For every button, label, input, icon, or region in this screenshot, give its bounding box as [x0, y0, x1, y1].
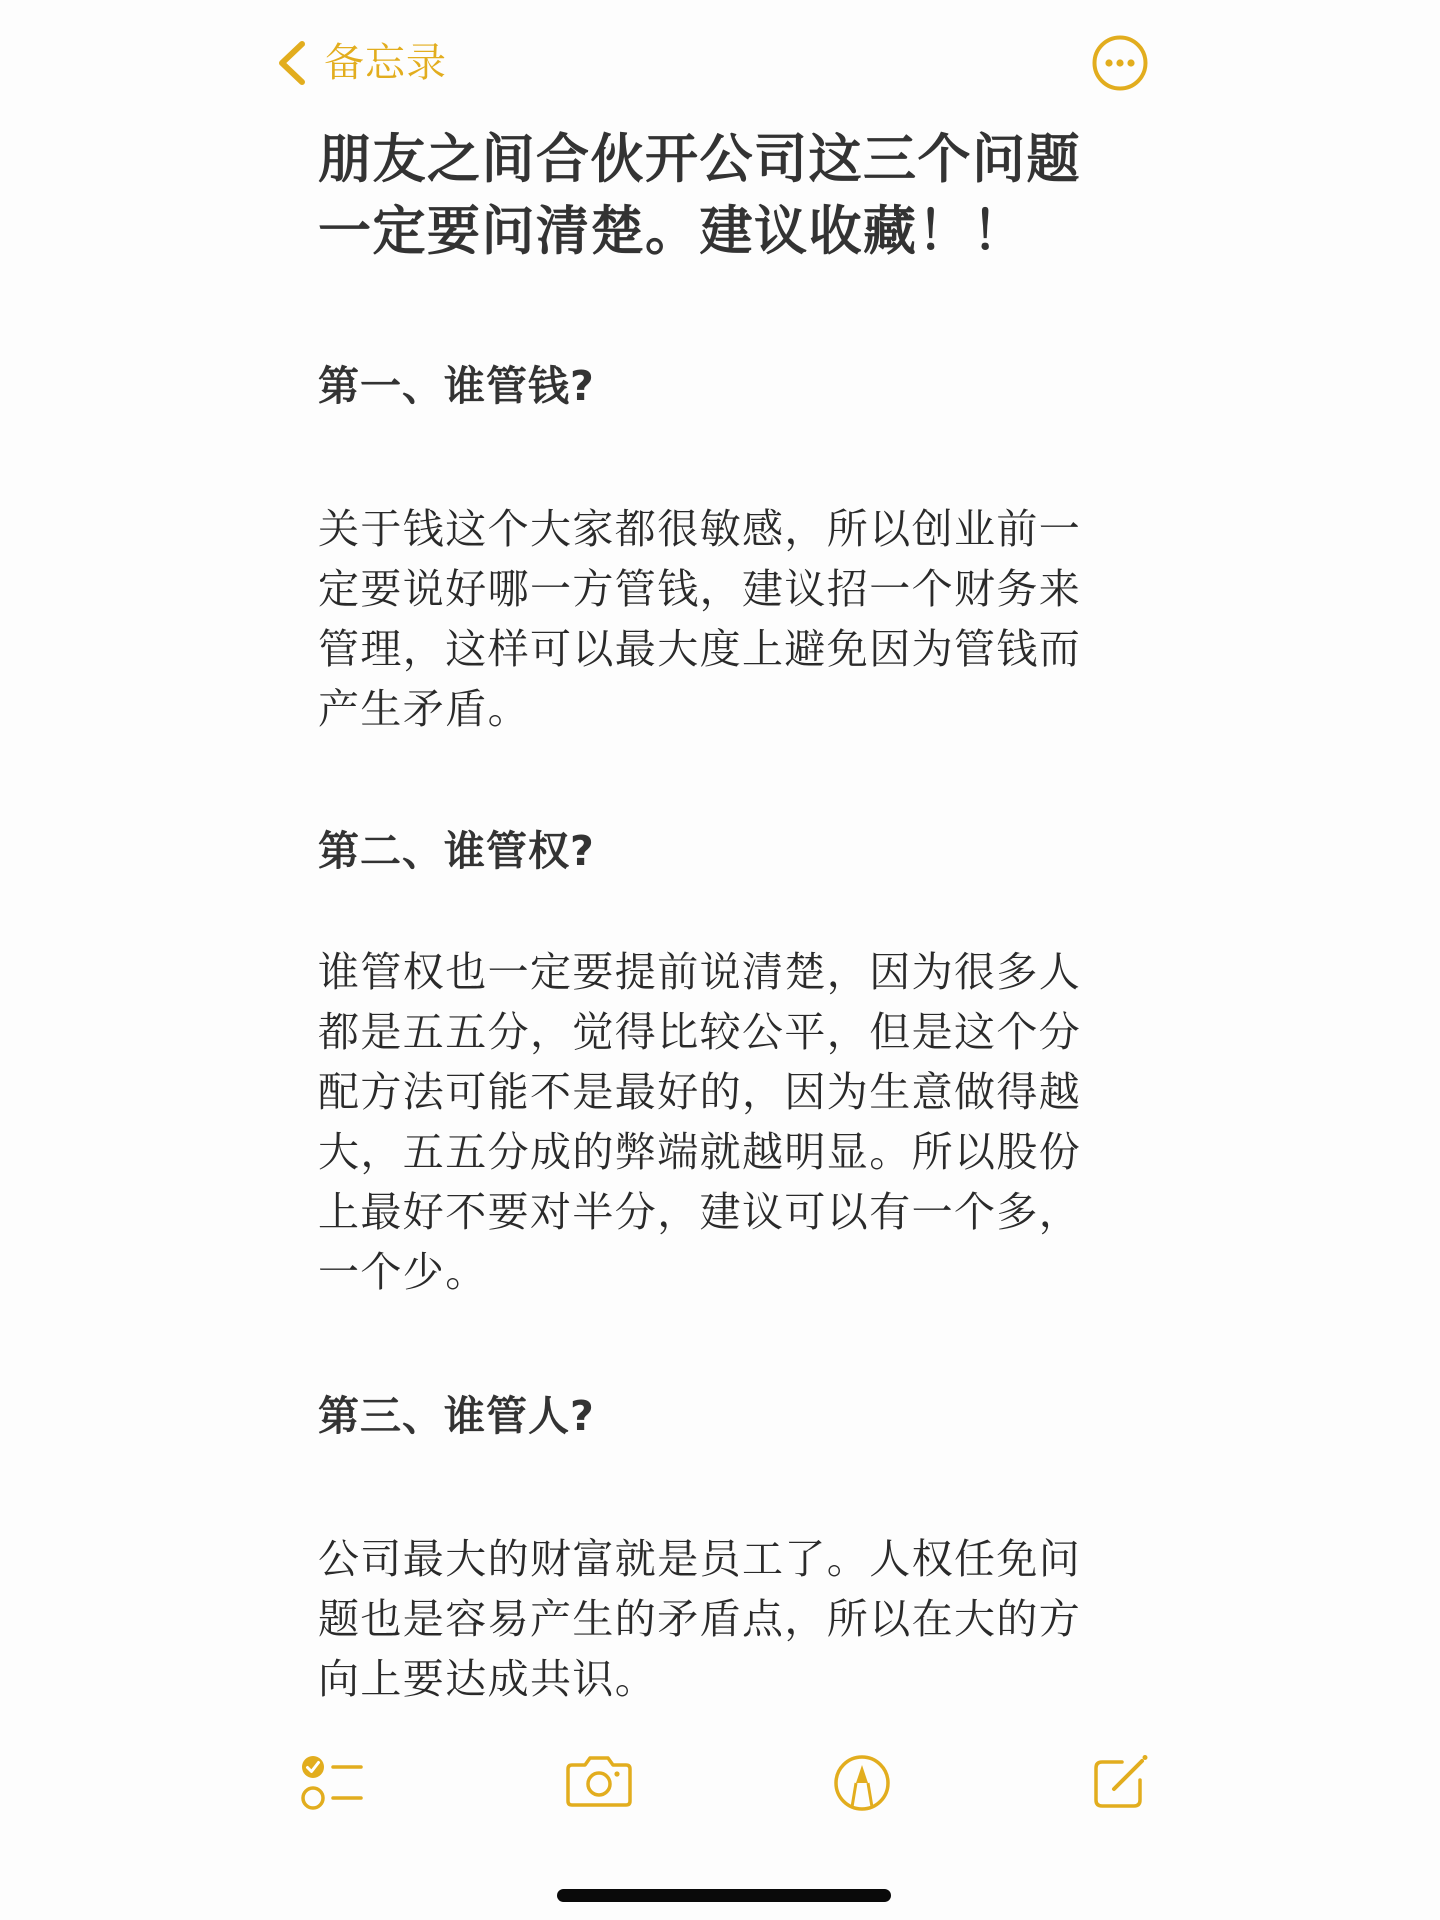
paragraph-line: 谁管权也一定要提前说清楚，因为很多人: [318, 942, 1138, 1002]
title-line: 朋友之间合伙开公司这三个问题: [318, 124, 1138, 196]
back-label: 备忘录: [324, 30, 447, 96]
section-paragraph: 公司最大的财富就是员工了。人权任免问 题也是容易产生的矛盾点，所以在大的方 向上…: [318, 1529, 1138, 1709]
more-button[interactable]: [1091, 34, 1149, 92]
markup-button[interactable]: [833, 1754, 891, 1812]
paragraph-line: 管理，这样可以最大度上避免因为管钱而: [318, 619, 1138, 679]
paragraph-line: 关于钱这个大家都很敏感，所以创业前一: [318, 499, 1138, 559]
paragraph-line: 大，五五分成的弊端就越明显。所以股份: [318, 1122, 1138, 1182]
section-heading: 第三、谁管人?: [318, 1388, 1118, 1444]
checklist-button[interactable]: [298, 1752, 368, 1814]
paragraph-line: 都是五五分，觉得比较公平，但是这个分: [318, 1002, 1138, 1062]
home-indicator[interactable]: [557, 1889, 891, 1902]
paragraph-line: 定要说好哪一方管钱，建议招一个财务来: [318, 559, 1138, 619]
paragraph-line: 公司最大的财富就是员工了。人权任免问: [318, 1529, 1138, 1589]
paragraph-line: 产生矛盾。: [318, 679, 1138, 739]
paragraph-line: 题也是容易产生的矛盾点，所以在大的方: [318, 1589, 1138, 1649]
camera-button[interactable]: [564, 1753, 634, 1809]
chevron-left-icon: [272, 38, 306, 88]
compose-icon: [1092, 1752, 1150, 1810]
section-paragraph: 谁管权也一定要提前说清楚，因为很多人 都是五五分，觉得比较公平，但是这个分 配方…: [318, 942, 1138, 1302]
paragraph-line: 一个少。: [318, 1242, 1138, 1302]
paragraph-line: 上最好不要对半分，建议可以有一个多，: [318, 1182, 1138, 1242]
markup-pen-icon: [833, 1754, 891, 1812]
ellipsis-circle-icon: [1091, 34, 1149, 92]
section-heading: 第一、谁管钱?: [318, 358, 1118, 414]
section-paragraph: 关于钱这个大家都很敏感，所以创业前一 定要说好哪一方管钱，建议招一个财务来 管理…: [318, 499, 1138, 739]
title-line: 一定要问清楚。建议收藏！！: [318, 196, 1138, 268]
camera-icon: [564, 1753, 634, 1809]
checklist-icon: [298, 1752, 368, 1814]
paragraph-line: 向上要达成共识。: [318, 1649, 1138, 1709]
paragraph-line: 配方法可能不是最好的，因为生意做得越: [318, 1062, 1138, 1122]
section-heading: 第二、谁管权?: [318, 823, 1118, 879]
note-title: 朋友之间合伙开公司这三个问题 一定要问清楚。建议收藏！！: [318, 124, 1138, 268]
back-button[interactable]: 备忘录: [272, 30, 447, 96]
compose-button[interactable]: [1092, 1752, 1150, 1810]
